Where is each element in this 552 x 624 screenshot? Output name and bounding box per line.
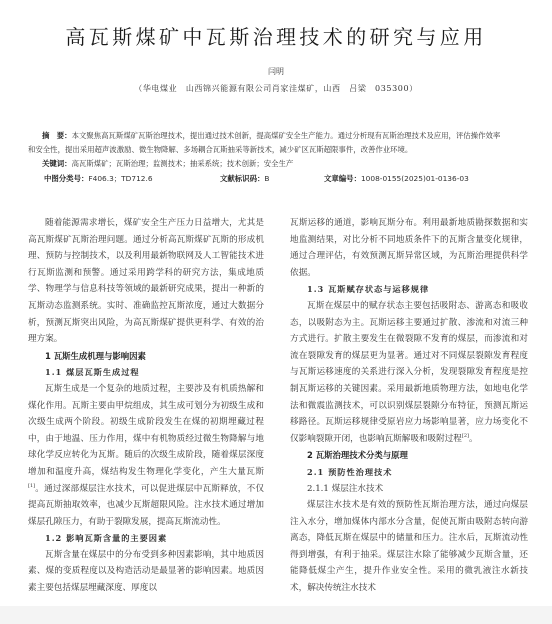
author-name: 闫明	[0, 66, 552, 77]
intro-paragraph: 随着能源需求增长，煤矿安全生产压力日益增大，尤其是高瓦斯煤矿瓦斯治理问题。通过分…	[28, 215, 264, 348]
viewer-bottom-strip	[0, 606, 552, 624]
keywords-label: 关键词：	[42, 159, 72, 168]
section-2-heading: 2 瓦斯治理技术分类与原理	[290, 447, 528, 464]
section-1-3-paragraph: 瓦斯在煤层中的赋存状态主要包括吸附态、游离态和吸收态，以吸附态为主。瓦斯运移主要…	[290, 298, 528, 447]
section-2-1-1-heading: 2.1.1 煤层注水技术	[290, 481, 528, 498]
section-1-1-heading: 1.1 煤层瓦斯生成过程	[28, 364, 264, 381]
paper-page: 高瓦斯煤矿中瓦斯治理技术的研究与应用 闫明 （华电煤业 山西锦兴能源有限公司肖家…	[0, 0, 552, 606]
author-affiliation: （华电煤业 山西锦兴能源有限公司肖家洼煤矿，山西 吕梁 035300）	[0, 83, 552, 94]
left-column: 随着能源需求增长，煤矿安全生产压力日益增大，尤其是高瓦斯煤矿瓦斯治理问题。通过分…	[28, 215, 264, 597]
section-1-2-paragraph: 瓦斯含量在煤层中的分布受到多种因素影响，其中地质因素、煤的变质程度以及构造活动是…	[28, 547, 264, 597]
keywords: 关键词：高瓦斯煤矿；瓦斯治理；监测技术；抽采系统；技术创新；安全生产	[28, 157, 506, 171]
paper-title: 高瓦斯煤矿中瓦斯治理技术的研究与应用	[0, 21, 552, 50]
section-1-1-paragraph: 瓦斯生成是一个复杂的地质过程，主要涉及有机质热解和煤化作用。瓦斯主要由甲烷组成，…	[28, 381, 264, 530]
abstract-text: 本文聚焦高瓦斯煤矿瓦斯治理技术，提出通过技术创新，提高煤矿安全生产能力。通过分析…	[28, 131, 500, 154]
section-1-2-heading: 1.2 影响瓦斯含量的主要因素	[28, 530, 264, 547]
document-code: 文献标识码：B	[220, 172, 324, 186]
right-column: 瓦斯运移的通道，影响瓦斯分布。利用最新地质勘探数据和实地监测结果，对比分析不同地…	[290, 215, 528, 597]
abstract-block: 摘 要：本文聚焦高瓦斯煤矿瓦斯治理技术，提出通过技术创新，提高煤矿安全生产能力。…	[28, 129, 506, 186]
continuation-paragraph: 瓦斯运移的通道，影响瓦斯分布。利用最新地质勘探数据和实地监测结果，对比分析不同地…	[290, 215, 528, 281]
keywords-text: 高瓦斯煤矿；瓦斯治理；监测技术；抽采系统；技术创新；安全生产	[72, 159, 294, 168]
classification-line: 中图分类号：F406.3；TD712.6 文献标识码：B 文章编号：1008-0…	[28, 172, 506, 186]
abstract: 摘 要：本文聚焦高瓦斯煤矿瓦斯治理技术，提出通过技术创新，提高煤矿安全生产能力。…	[28, 129, 506, 157]
section-2-1-heading: 2.1 预防性治理技术	[290, 464, 528, 481]
citation-2[interactable]: [2]	[462, 433, 469, 439]
abstract-label: 摘 要：	[42, 131, 72, 140]
section-1-3-heading: 1.3 瓦斯赋存状态与运移规律	[290, 281, 528, 298]
article-number: 文章编号：1008-0155(2025)01-0136-03	[324, 172, 469, 186]
clc-number: 中图分类号：F406.3；TD712.6	[44, 172, 220, 186]
section-2-1-1-paragraph: 煤层注水技术是有效的预防性瓦斯治理方法，通过向煤层注入水分，增加煤体内部水分含量…	[290, 497, 528, 597]
section-1-heading: 1 瓦斯生成机理与影响因素	[28, 348, 264, 365]
